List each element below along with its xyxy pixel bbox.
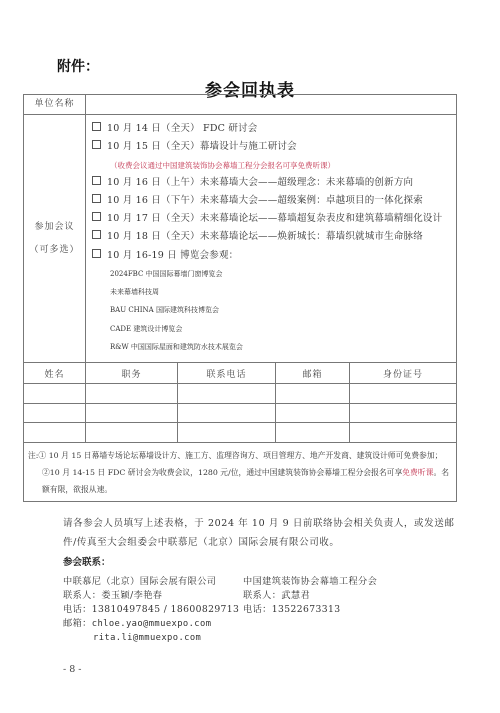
cell-email[interactable] [276, 404, 350, 424]
checkbox-icon[interactable] [92, 122, 101, 131]
contact-organizer: 中联慕尼（北京）国际会展有限公司 联系人：娄玉颖/李艳春 电话：13810497… [63, 575, 239, 645]
notes-section: 注:① 10 月 15 日幕墙专场论坛幕墙设计方、施工方、监理咨询方、项目管理方… [24, 443, 456, 501]
checkbox-icon[interactable] [92, 249, 101, 258]
fee-note: （收费会议通过中国建筑装饰协会幕墙工程分会报名可享免费听课） [92, 157, 456, 174]
meeting-option-oct15[interactable]: 10 月 15 日（全天）幕墙设计与施工研讨会 [92, 138, 456, 156]
meeting-option-oct16-am[interactable]: 10 月 16 日（上午）未来幕墙大会——超级理念：未来幕墙的创新方向 [92, 174, 456, 192]
expo-item: CADE 建筑设计博览会 [92, 320, 456, 338]
note-2: ②10 月 14-15 日 FDC 研讨会为收费会议，1280 元/位，通过中国… [28, 464, 451, 498]
cell-title[interactable] [86, 384, 178, 404]
organizer-email-line-2: rita.li@mmuexpo.com [63, 631, 239, 645]
cell-phone[interactable] [178, 423, 276, 443]
meeting-option-expo[interactable]: 10 月 16-19 日 博览会参观： [92, 247, 456, 265]
cell-name[interactable] [24, 423, 86, 443]
association-contact-person: 联系人：武慧君 [243, 589, 377, 603]
cell-id-number[interactable] [350, 423, 456, 443]
organizer-email-2[interactable]: rita.li@mmuexpo.com [93, 633, 201, 643]
col-header-email: 邮箱 [276, 363, 350, 384]
unit-name-row: 单位名称 [24, 95, 456, 115]
meeting-option-oct18[interactable]: 10 月 18 日（全天）未来幕墙论坛——焕新城长：幕墙织就城市生命脉络 [92, 228, 456, 246]
organizer-email-line: 邮箱：chloe.yao@mmuexpo.com [63, 617, 239, 631]
expo-item: BAU CHINA 国际建筑科技博览会 [92, 301, 456, 319]
checkbox-icon[interactable] [92, 230, 101, 239]
cell-email[interactable] [276, 384, 350, 404]
meeting-option-oct17[interactable]: 10 月 17 日（全天）未来幕墙论坛——幕墙超复杂表皮和建筑幕墙精细化设计 [92, 210, 456, 228]
association-name: 中国建筑装饰协会幕墙工程分会 [243, 575, 377, 589]
unit-name-field[interactable] [86, 95, 456, 114]
meetings-label: 参加会议 （可多选） [24, 115, 86, 362]
association-phone: 电话：13522673313 [243, 603, 377, 617]
contact-association: 中国建筑装饰协会幕墙工程分会 联系人：武慧君 电话：13522673313 [243, 575, 377, 617]
checkbox-icon[interactable] [92, 212, 101, 221]
cell-name[interactable] [24, 404, 86, 424]
cell-name[interactable] [24, 384, 86, 404]
annex-label: 附件： [57, 56, 99, 76]
cell-id-number[interactable] [350, 384, 456, 404]
cell-phone[interactable] [178, 404, 276, 424]
checkbox-icon[interactable] [92, 140, 101, 149]
meeting-options: 10 月 14 日（全天） FDC 研讨会 10 月 15 日（全天）幕墙设计与… [86, 115, 456, 356]
meetings-label-line2: （可多选） [29, 239, 79, 262]
unit-name-label: 单位名称 [24, 95, 86, 114]
meetings-label-line1: 参加会议 [29, 216, 79, 239]
cell-title[interactable] [86, 423, 178, 443]
expo-item: R&W 中国国际屋面和建筑防水技术展览会 [92, 338, 456, 356]
cell-id-number[interactable] [350, 404, 456, 424]
checkbox-icon[interactable] [92, 176, 101, 185]
meeting-option-oct16-pm[interactable]: 10 月 16 日（下午）未来幕墙大会——超级案例：卓越项目的一体化探索 [92, 192, 456, 210]
organizer-name: 中联慕尼（北京）国际会展有限公司 [63, 575, 239, 589]
meeting-option-oct14[interactable]: 10 月 14 日（全天） FDC 研讨会 [92, 120, 456, 138]
col-header-id-number: 身份证号 [350, 363, 456, 384]
expo-item: 未来幕墙科技周 [92, 283, 456, 301]
cell-phone[interactable] [178, 384, 276, 404]
personnel-table: 姓名 职务 联系电话 邮箱 身份证号 [24, 363, 456, 443]
note-1: 注:① 10 月 15 日幕墙专场论坛幕墙设计方、施工方、监理咨询方、项目管理方… [28, 447, 451, 464]
contacts-heading: 参会联系： [63, 554, 111, 568]
meetings-row: 参加会议 （可多选） 10 月 14 日（全天） FDC 研讨会 10 月 15… [24, 115, 456, 363]
organizer-phone: 电话：13810497845 / 18600829713 [63, 603, 239, 617]
col-header-name: 姓名 [24, 363, 86, 384]
personnel-section: 姓名 职务 联系电话 邮箱 身份证号 [24, 363, 456, 443]
cell-email[interactable] [276, 423, 350, 443]
expo-item: 2024FBC 中国国际幕墙门窗博览会 [92, 265, 456, 283]
registration-form-table: 单位名称 参加会议 （可多选） 10 月 14 日（全天） FDC 研讨会 10… [23, 94, 457, 502]
checkbox-icon[interactable] [92, 194, 101, 203]
col-header-title: 职务 [86, 363, 178, 384]
instructions-paragraph: 请各参会人员填写上述表格，于 2024 年 10 月 9 日前联络协会相关负责人… [63, 514, 463, 552]
cell-title[interactable] [86, 404, 178, 424]
page-number: - 8 - [63, 664, 82, 675]
col-header-phone: 联系电话 [178, 363, 276, 384]
organizer-contact-person: 联系人：娄玉颖/李艳春 [63, 589, 239, 603]
note-2-highlight: 免费听课 [402, 468, 433, 477]
organizer-email-1[interactable]: chloe.yao@mmuexpo.com [92, 619, 212, 629]
